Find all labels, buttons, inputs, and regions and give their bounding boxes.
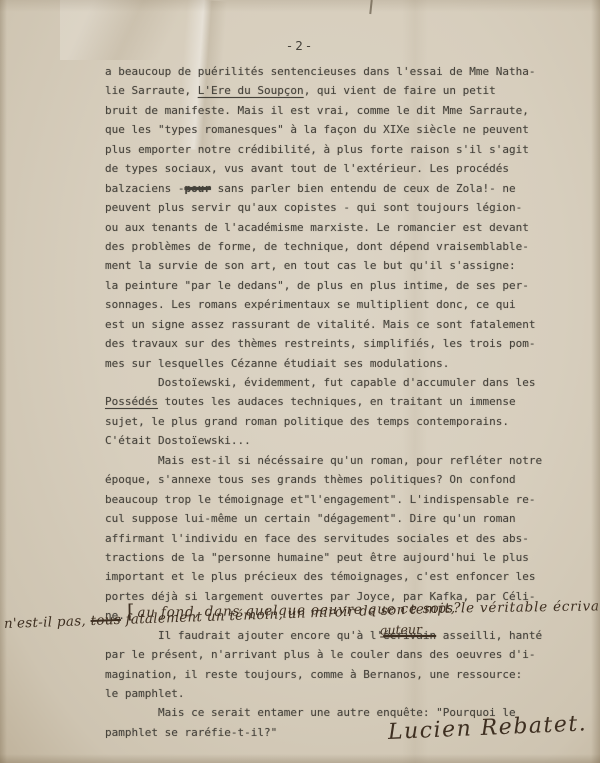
typed-line: ment la survie de son art, en tout cas l…: [105, 256, 565, 275]
typed-line: Mais est-il si nécéssaire qu'un roman, p…: [105, 451, 565, 470]
typed-line: le pamphlet.: [105, 684, 565, 703]
typed-line: C'était Dostoïewski...: [105, 431, 565, 450]
typed-line: cul suppose lui-même un certain "dégagem…: [105, 509, 565, 528]
typed-line: a beaucoup de puérilités sentencieuses d…: [105, 62, 565, 81]
typed-line: par le présent, n'arrivant plus à le cou…: [105, 645, 565, 664]
handwritten-replacement-word: auteur: [380, 621, 422, 637]
typed-line: important et le plus précieux des témoig…: [105, 567, 565, 586]
typed-line: affirmant l'individu en face des servitu…: [105, 529, 565, 548]
typed-line: Possédés toutes les audaces techniques, …: [105, 392, 565, 411]
typed-line: Il faudrait ajouter encore qu'à l'écriva…: [105, 626, 565, 645]
typed-line: la peinture "par le dedans", de plus en …: [105, 276, 565, 295]
typed-line: bruit de manifeste. Mais il est vrai, co…: [105, 101, 565, 120]
typed-line: peuvent plus servir qu'aux copistes - qu…: [105, 198, 565, 217]
typed-line: balzaciens -pour sans parler bien entend…: [105, 179, 565, 198]
typed-text-block: a beaucoup de puérilités sentencieuses d…: [105, 62, 565, 742]
typed-line: beaucoup trop le témoignage et"l'engagem…: [105, 490, 565, 509]
typed-line: plus emporter notre crédibilité, à plus …: [105, 140, 565, 159]
typed-line: sonnages. Les romans expérimentaux se mu…: [105, 295, 565, 314]
typed-line: sujet, le plus grand roman politique des…: [105, 412, 565, 431]
typed-line: magination, il reste toujours, comme à B…: [105, 665, 565, 684]
typed-line: lie Sarraute, L'Ere du Soupçon, qui vien…: [105, 81, 565, 100]
typed-line: de types sociaux, vus avant tout de l'ex…: [105, 159, 565, 178]
typed-line: mes sur lesquelles Cézanne étudiait ses …: [105, 354, 565, 373]
typed-line: des travaux sur des thèmes restreints, s…: [105, 334, 565, 353]
typed-line: tractions de la "personne humaine" peut …: [105, 548, 565, 567]
typed-line: est un signe assez rassurant de vitalité…: [105, 315, 565, 334]
typed-line: Dostoïewski, évidemment, fut capable d'a…: [105, 373, 565, 392]
typed-line: ou aux tenants de l'académisme marxiste.…: [105, 218, 565, 237]
scanned-page: -2- a beaucoup de puérilités sentencieus…: [0, 0, 600, 763]
page-number: -2-: [0, 38, 600, 53]
typed-line: des problèmes de forme, de technique, do…: [105, 237, 565, 256]
typed-line: que les "types romanesques" à la façon d…: [105, 120, 565, 139]
paper-flaw-mark: [369, 0, 372, 14]
typed-line: époque, s'annexe tous ses grands thèmes …: [105, 470, 565, 489]
